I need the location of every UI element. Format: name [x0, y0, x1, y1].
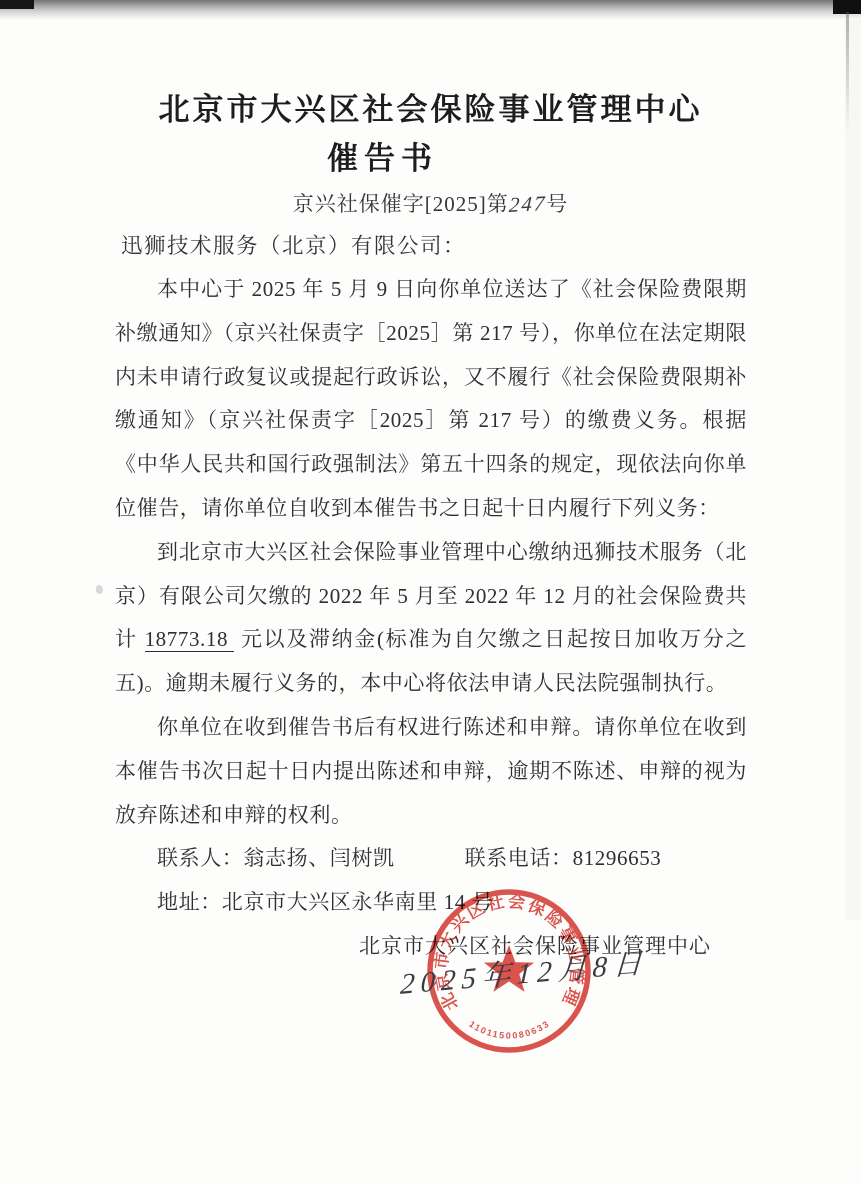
doc-number-handwritten: 247	[508, 191, 547, 218]
doc-number-prefix: 京兴社保催字[2025]第	[293, 192, 509, 216]
doc-number-line: 京兴社保催字[2025]第247号	[0, 188, 861, 218]
scan-artifact-top-left-mark	[0, 0, 34, 9]
document-body: 本中心于 2025 年 5 月 9 日向你单位送达了《社会保险费限期补缴通知》（…	[115, 268, 747, 969]
seal-number: 1101150080633	[467, 1019, 550, 1041]
scan-artifact-top-strip	[0, 0, 861, 20]
paragraph-1: 本中心于 2025 年 5 月 9 日向你单位送达了《社会保险费限期补缴通知》（…	[115, 268, 747, 531]
contact-phone: 联系电话：81296653	[465, 846, 662, 870]
paragraph-3: 你单位在收到催告书后有权进行陈述和申辩。请你单位在收到本催告书次日起十日内提出陈…	[115, 706, 747, 837]
seal-number-holder: 1101150080633	[467, 1019, 550, 1041]
document-subtitle: 催告书	[0, 133, 813, 178]
scan-artifact-right-edge-shadow	[845, 20, 861, 920]
contact-line: 联系人：翁志扬、闫树凯联系电话：81296653	[115, 837, 747, 881]
scan-artifact-speck	[96, 585, 103, 594]
address-line: 地址：北京市大兴区永华南里 14 号	[115, 881, 747, 925]
doc-number-suffix: 号	[546, 192, 568, 216]
scanned-document-page: 北京市大兴区社会保险事业管理中心 催告书 京兴社保催字[2025]第247号 迅…	[0, 0, 861, 1183]
amount-underlined: 18773.18	[145, 627, 235, 652]
document-title: 北京市大兴区社会保险事业管理中心	[0, 84, 861, 129]
recipient-line: 迅狮技术服务（北京）有限公司：	[121, 229, 466, 260]
paragraph-2: 到北京市大兴区社会保险事业管理中心缴纳迅狮技术服务（北京）有限公司欠缴的 202…	[115, 531, 747, 706]
contact-persons: 联系人：翁志扬、闫树凯	[157, 846, 395, 870]
